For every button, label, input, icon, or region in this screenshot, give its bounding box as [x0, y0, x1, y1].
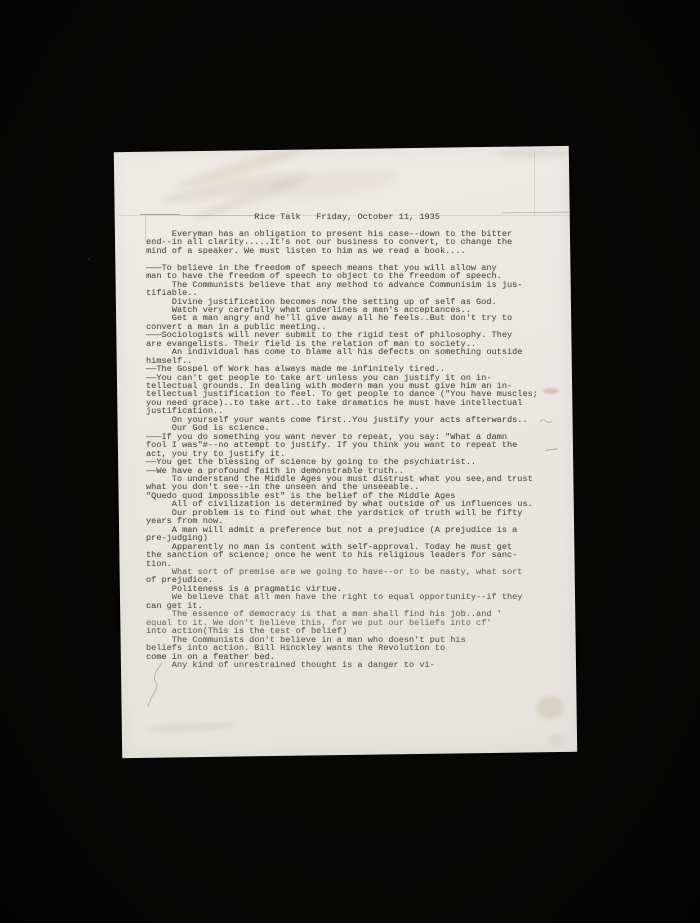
paper-surface: Rice Talk Friday, October 11, 1935 Every… — [118, 149, 573, 755]
stain-spot — [549, 734, 564, 746]
stain-smudge — [146, 721, 238, 734]
text-line: mind of a speaker. We must listen to him… — [146, 247, 573, 255]
dust-speck — [642, 118, 644, 119]
text-line: The Communists believe that any method t… — [146, 281, 573, 289]
paper-sheet: Rice Talk Friday, October 11, 1935 Every… — [114, 146, 577, 758]
dust-speck — [88, 258, 90, 260]
photo-background: Rice Talk Friday, October 11, 1935 Every… — [0, 0, 700, 923]
text-line: the sanction of science; once he went to… — [146, 551, 573, 559]
text-line: An individual has come to blame all his … — [146, 348, 573, 356]
document-title: Rice Talk Friday, October 11, 1935 — [146, 213, 573, 221]
text-line: We believe that all men have the right t… — [146, 593, 573, 601]
stain-spot — [537, 696, 564, 719]
text-line: Any kind of unrestrained thought is a da… — [146, 661, 573, 669]
text-line: A man will admit a preference but not a … — [146, 526, 573, 534]
document-text: Rice Talk Friday, October 11, 1935 Every… — [118, 149, 573, 669]
dust-speck — [78, 702, 79, 704]
